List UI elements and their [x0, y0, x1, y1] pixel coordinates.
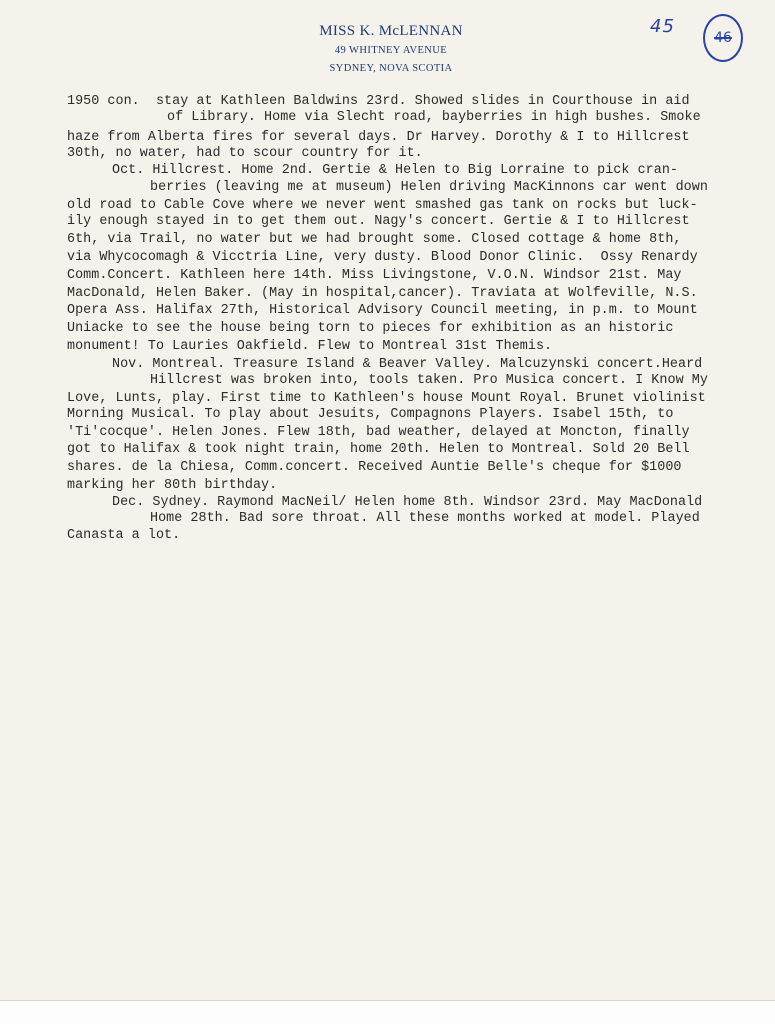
body-line: Home 28th. Bad sore throat. All these mo… [150, 511, 700, 527]
body-line: marking her 80th birthday. [67, 478, 277, 494]
body-line: 'Ti'cocque'. Helen Jones. Flew 18th, bad… [67, 425, 690, 441]
body-line: Canasta a lot. [67, 528, 180, 544]
document-page: MISS K. McLENNAN 49 WHITNEY AVENUE SYDNE… [0, 0, 775, 1000]
body-line: MacDonald, Helen Baker. (May in hospital… [67, 286, 698, 302]
body-line: Uniacke to see the house being torn to p… [67, 321, 673, 337]
body-line: berries (leaving me at museum) Helen dri… [150, 180, 708, 196]
body-line: shares. de la Chiesa, Comm.concert. Rece… [67, 460, 682, 476]
body-line: Hillcrest was broken into, tools taken. … [150, 373, 708, 389]
body-line: Morning Musical. To play about Jesuits, … [67, 407, 673, 423]
typed-body: 1950 con. stay at Kathleen Baldwins 23rd… [0, 0, 775, 420]
body-line: via Whycocomagh & Vicctria Line, very du… [67, 250, 698, 266]
body-line: 6th, via Trail, no water but we had brou… [67, 232, 682, 248]
body-line: Dec. Sydney. Raymond MacNeil/ Helen home… [112, 495, 702, 511]
body-line: monument! To Lauries Oakfield. Flew to M… [67, 339, 552, 355]
body-line: Oct. Hillcrest. Home 2nd. Gertie & Helen… [112, 163, 678, 179]
body-line: 1950 con. stay at Kathleen Baldwins 23rd… [67, 94, 690, 110]
body-line: Comm.Concert. Kathleen here 14th. Miss L… [67, 268, 682, 284]
body-line: Opera Ass. Halifax 27th, Historical Advi… [67, 303, 698, 319]
body-line: 30th, no water, had to scour country for… [67, 146, 423, 162]
body-line: ily enough stayed in to get them out. Na… [67, 214, 690, 230]
body-line: Nov. Montreal. Treasure Island & Beaver … [112, 357, 702, 373]
body-line: of Library. Home via Slecht road, bayber… [167, 110, 701, 126]
body-line: haze from Alberta fires for several days… [67, 130, 690, 146]
body-line: old road to Cable Cove where we never we… [67, 198, 698, 214]
body-line: got to Halifax & took night train, home … [67, 442, 690, 458]
body-line: Love, Lunts, play. First time to Kathlee… [67, 391, 706, 407]
